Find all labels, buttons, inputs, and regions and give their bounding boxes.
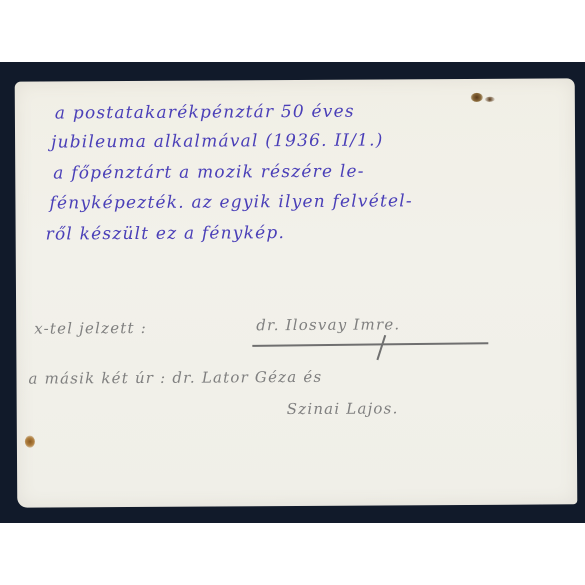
foxing-stain bbox=[471, 93, 483, 102]
pencil-note-label: x-tel jelzett : bbox=[34, 319, 147, 338]
ink-note-line: fényképezték. az egyik ilyen felvétel- bbox=[49, 191, 412, 213]
ink-note-line: ről készült ez a fénykép. bbox=[46, 223, 286, 244]
photo-back-card: a postatakarékpénztár 50 éves jubileuma … bbox=[15, 78, 578, 507]
ink-note-line: jubileuma alkalmával (1936. II/1.) bbox=[51, 130, 384, 152]
pencil-note-name: dr. Ilosvay Imre. bbox=[256, 315, 400, 334]
pencil-note-line: Szinai Lajos. bbox=[287, 399, 399, 418]
ink-note-line: a postatakarékpénztár 50 éves bbox=[55, 102, 355, 124]
pointer-stroke bbox=[376, 335, 385, 360]
pencil-note-line: a másik két úr : dr. Lator Géza és bbox=[28, 368, 322, 388]
foxing-stain bbox=[25, 436, 35, 448]
ink-note-line: a főpénztárt a mozik részére le- bbox=[53, 162, 365, 184]
foxing-stain bbox=[485, 97, 495, 102]
name-underline bbox=[252, 342, 488, 346]
